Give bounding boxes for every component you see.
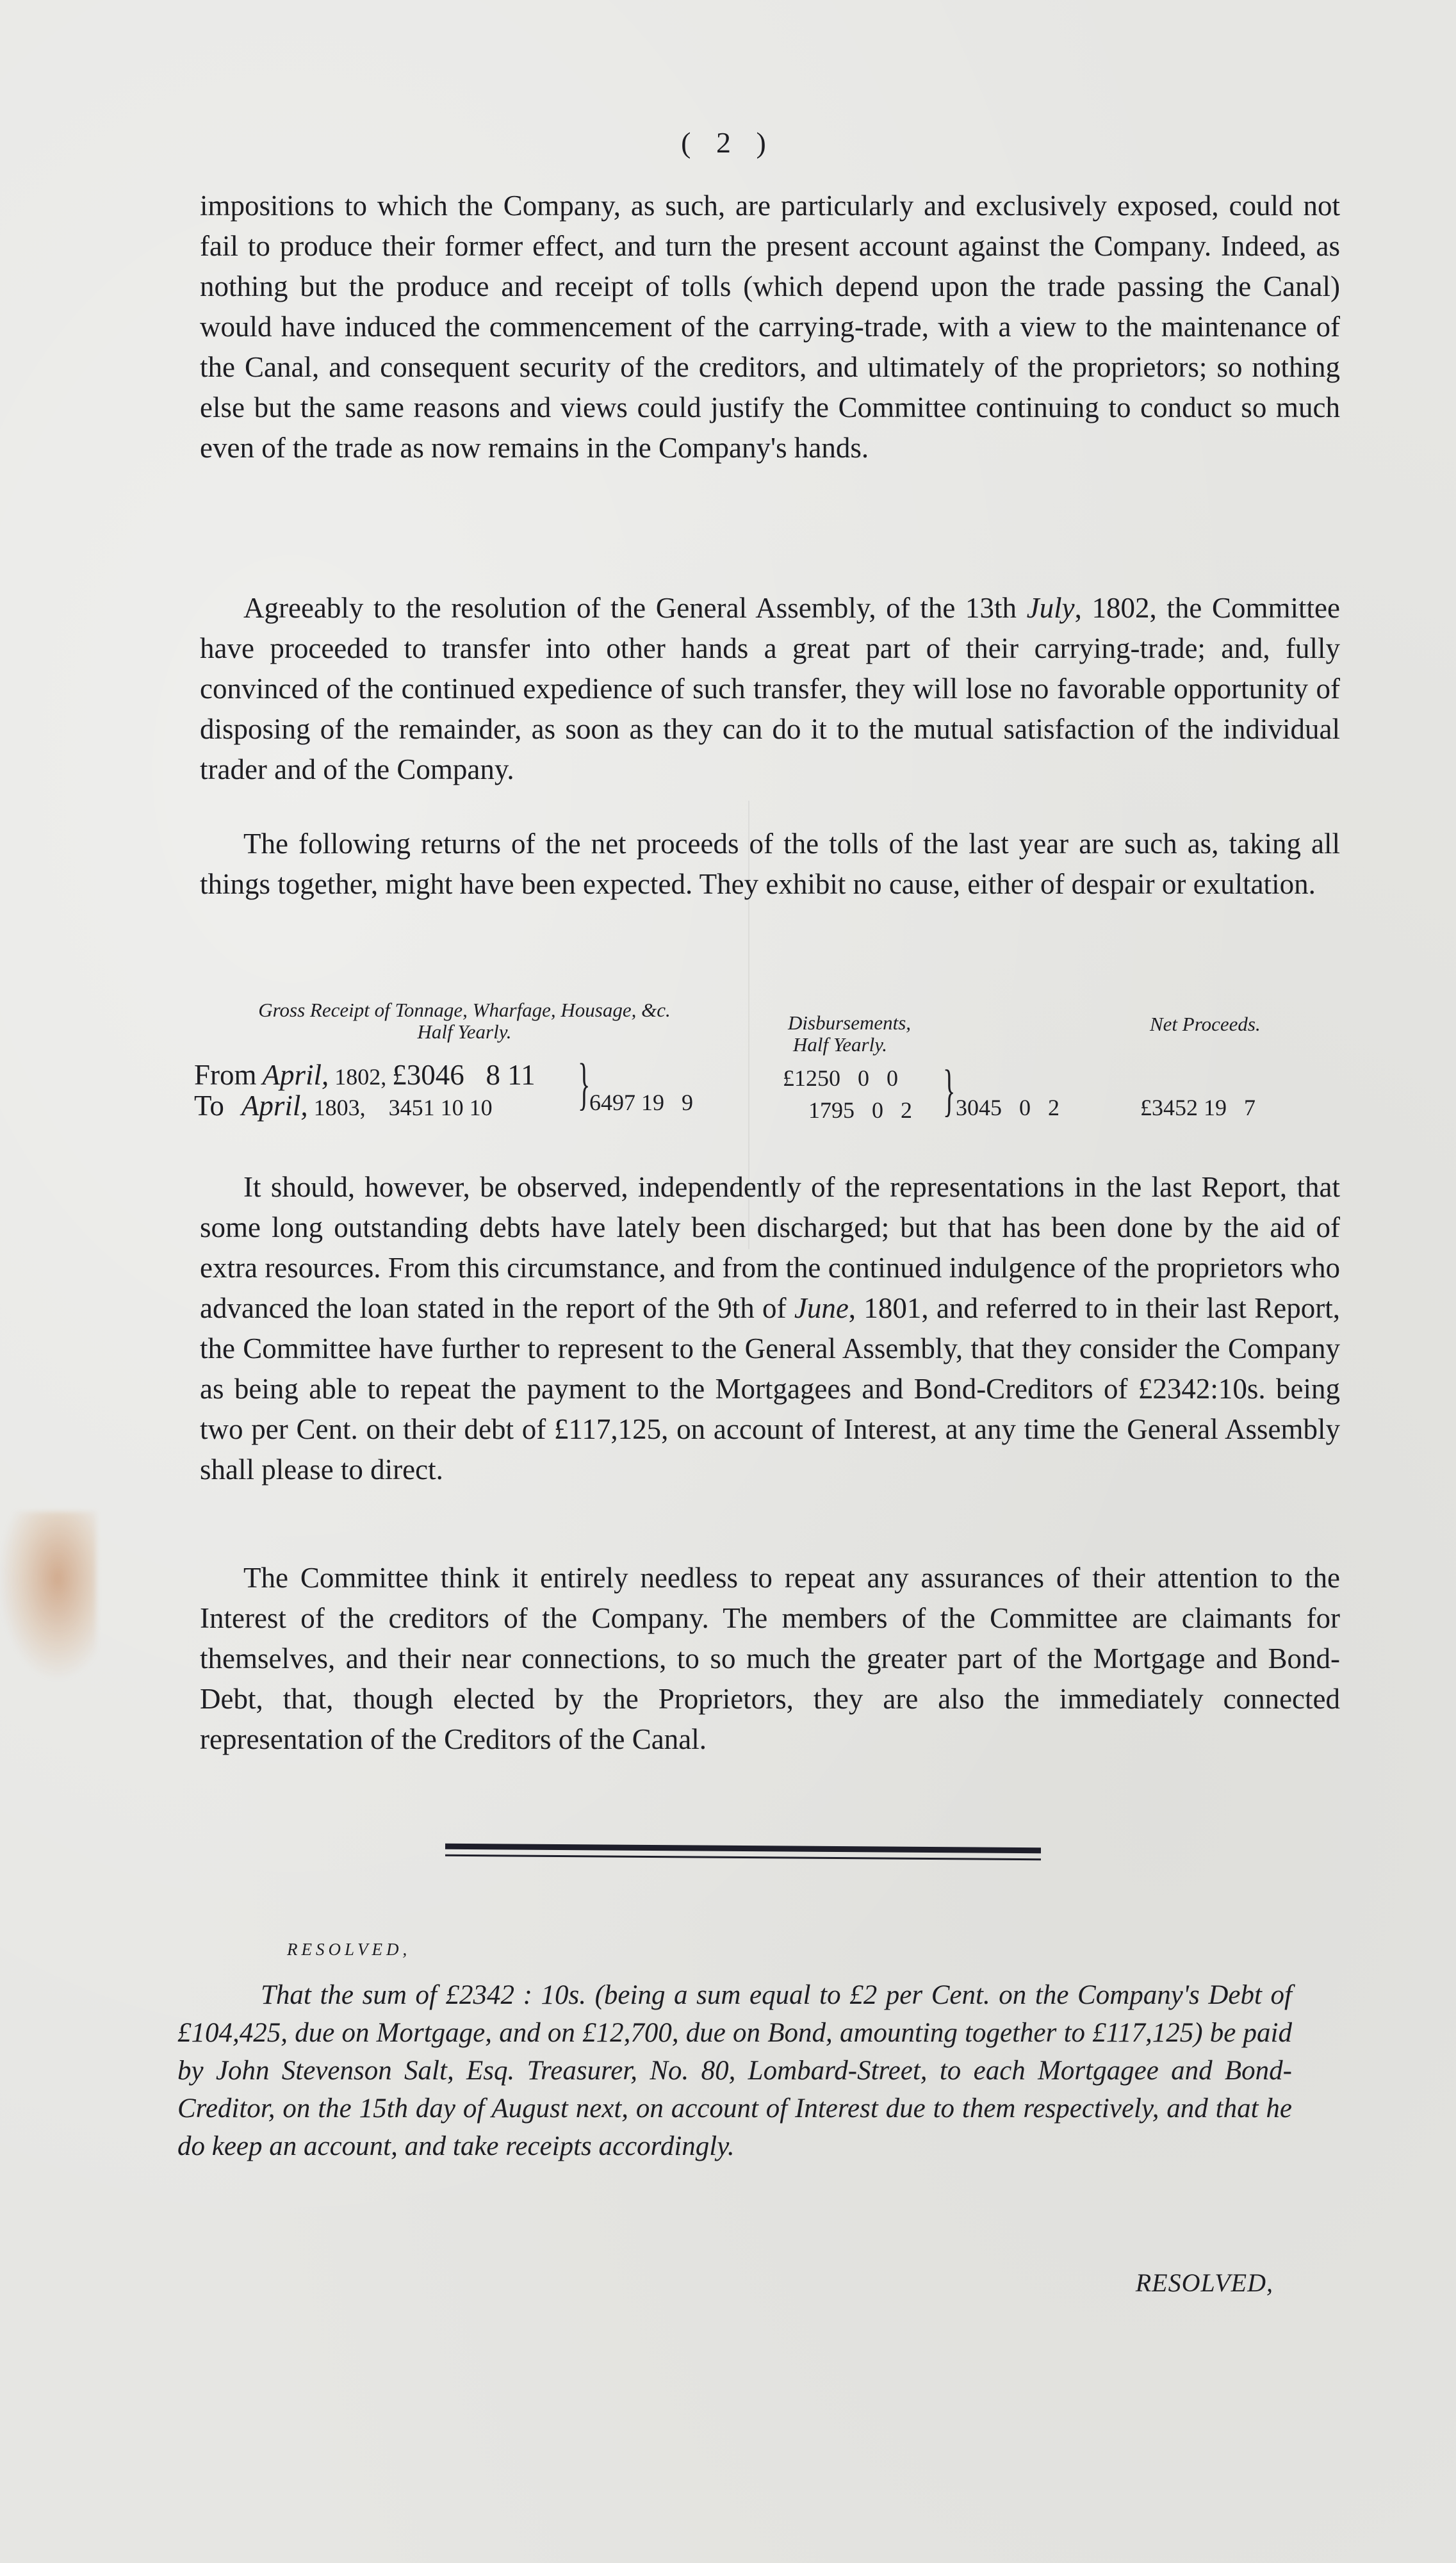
double-rule-thin bbox=[445, 1855, 1041, 1860]
brace-gross: } bbox=[578, 1056, 590, 1113]
month-july: July bbox=[1027, 592, 1075, 624]
disbursements-header: Disbursements, Half Yearly. bbox=[788, 1012, 954, 1056]
net-proceeds-value: £3452 19 7 bbox=[1140, 1094, 1256, 1121]
disbursement-cell: £1250 0 0 bbox=[783, 1065, 898, 1092]
table-row: From April, 1802, £3046 8 11 bbox=[194, 1058, 536, 1092]
month-june: June bbox=[794, 1292, 849, 1324]
table-row: To April, 1803, 3451 10 10 bbox=[194, 1089, 493, 1122]
gross-receipt-header: Gross Receipt of Tonnage, Wharfage, Hous… bbox=[195, 999, 733, 1043]
brace-disbursements: } bbox=[943, 1062, 955, 1120]
paragraph-debts-discharged: It should, however, be observed, indepen… bbox=[200, 1167, 1340, 1490]
paragraph-transfer-carrying-trade: Agreeably to the resolution of the Gener… bbox=[200, 588, 1340, 790]
page-number: ( 2 ) bbox=[0, 126, 1456, 160]
net-proceeds-header: Net Proceeds. bbox=[1150, 1013, 1342, 1035]
paragraph-impositions: impositions to which the Company, as suc… bbox=[200, 186, 1340, 468]
paragraph-returns-intro: The following returns of the net proceed… bbox=[200, 824, 1340, 905]
paper-stain bbox=[0, 1512, 96, 1678]
disbursement-total: 3045 0 2 bbox=[956, 1094, 1059, 1121]
gross-total: 6497 19 9 bbox=[589, 1089, 693, 1116]
catchword-resolved: RESOLVED, bbox=[1136, 2268, 1273, 2298]
paragraph-committee-assurances: The Committee think it entirely needless… bbox=[200, 1558, 1340, 1760]
resolved-heading: RESOLVED, bbox=[287, 1940, 411, 1960]
double-rule-thick bbox=[445, 1844, 1041, 1853]
resolution-text: That the sum of £2342 : 10s. (being a su… bbox=[177, 1976, 1292, 2165]
disbursement-cell: 1795 0 2 bbox=[808, 1097, 912, 1124]
